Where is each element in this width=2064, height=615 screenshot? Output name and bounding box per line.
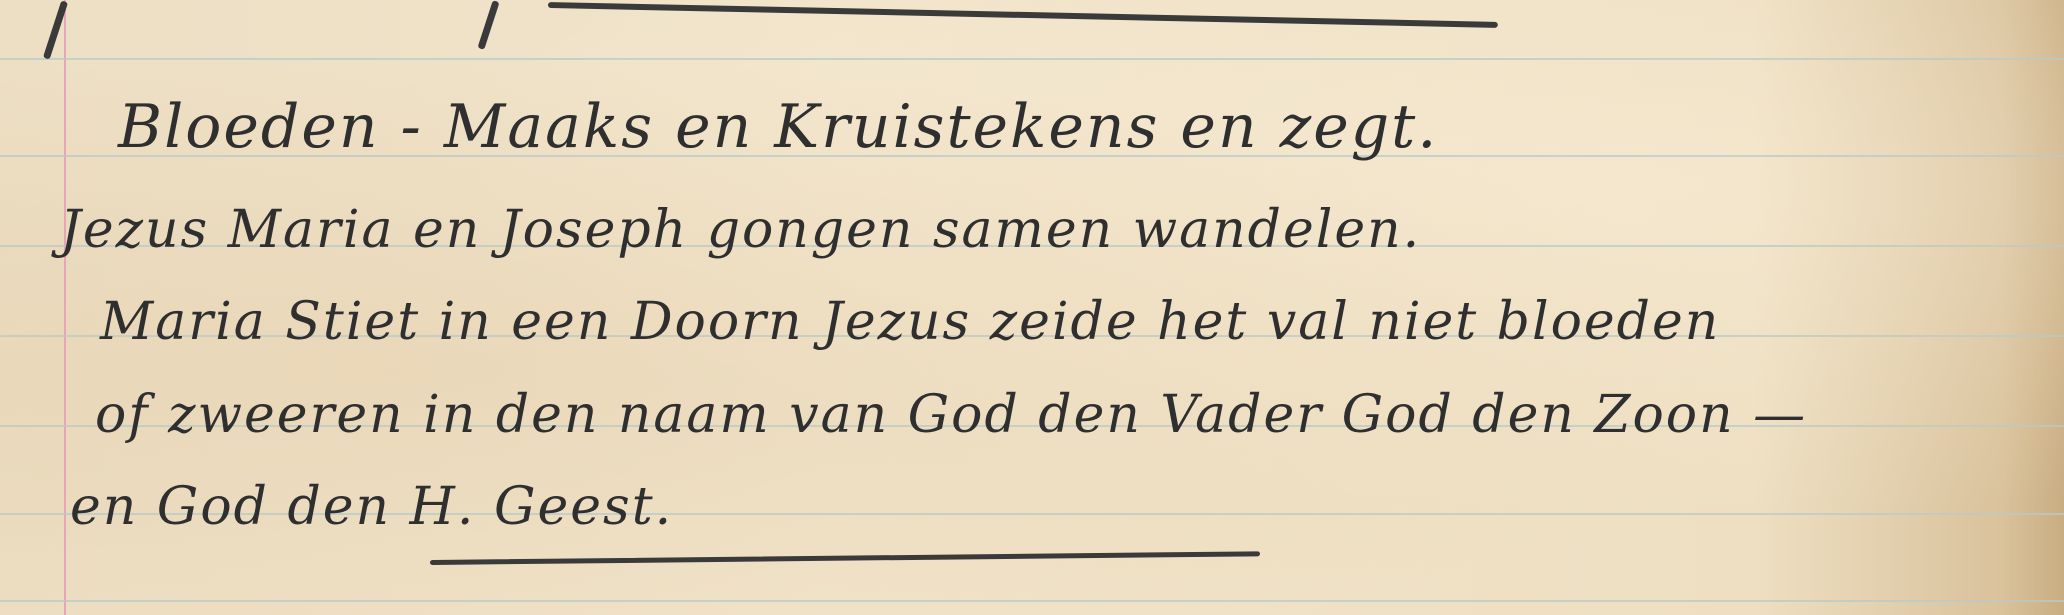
handwritten-line: Maria Stiet in een Doorn Jezus zeide het… <box>100 292 1720 352</box>
handwritten-line: of zweeren in den naam van God den Vader… <box>95 385 1807 445</box>
ruled-line <box>0 58 2064 60</box>
handwritten-line: en God den H. Geest. <box>70 477 673 537</box>
manuscript-page: Bloeden - Maaks en Kruistekens en zegt. … <box>0 0 2064 615</box>
handwritten-line: Jezus Maria en Joseph gongen samen wande… <box>60 200 1421 260</box>
handwritten-line-title: Bloeden - Maaks en Kruistekens en zegt. <box>118 92 1438 162</box>
end-divider-stroke <box>430 551 1260 565</box>
section-divider-stroke <box>548 2 1498 28</box>
margin-line <box>64 0 66 615</box>
ruled-line <box>0 600 2064 602</box>
previous-line-descender <box>477 0 499 50</box>
